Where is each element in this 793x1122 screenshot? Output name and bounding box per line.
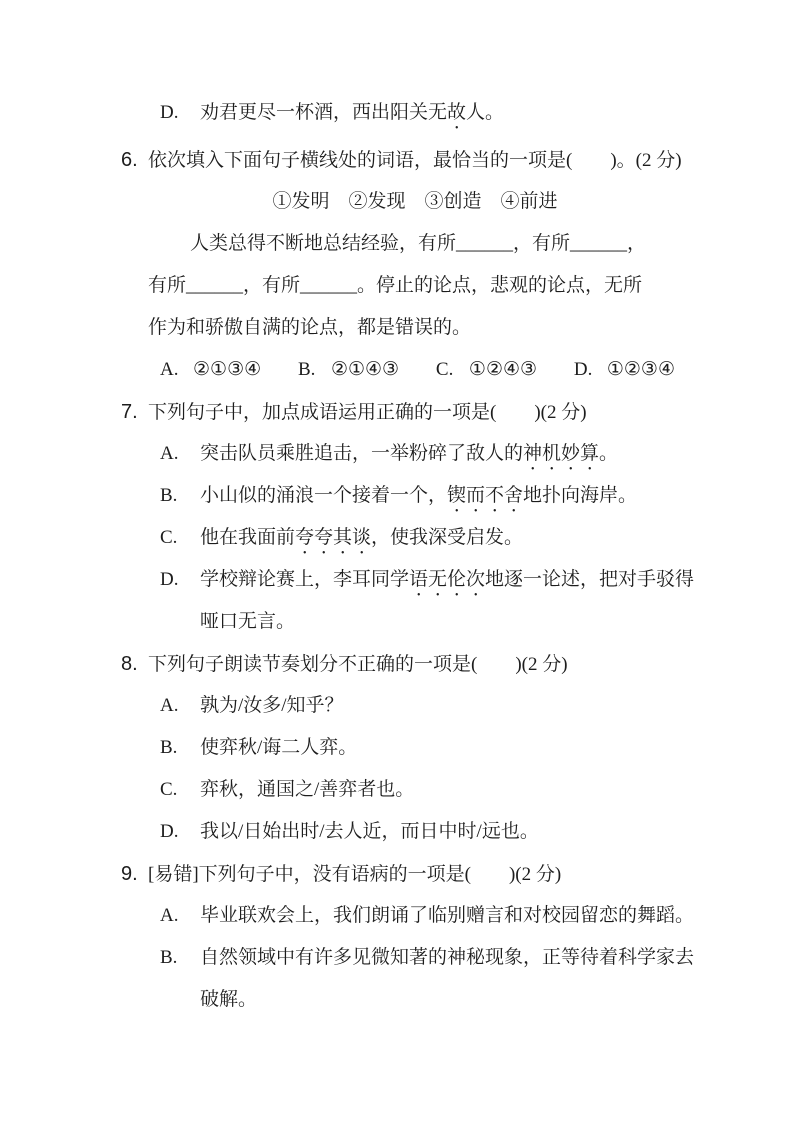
passage-text: 作为和骄傲自满的论点，都是错误的。: [148, 317, 471, 338]
choice-b: B.②①④③: [298, 349, 399, 391]
question-7-option-d: D.学校辩论赛上，李耳同学语无伦次地逐一论述，把对手驳得: [0, 559, 793, 601]
choice-c: C.①②④③: [436, 349, 537, 391]
option-marker: D.: [160, 92, 200, 134]
question-8-option-a: A.孰为/汝多/知乎？: [0, 685, 793, 727]
question-number: 8.: [121, 643, 148, 685]
question-6-word-bank: ①发明 ②发现 ③创造 ④前进: [148, 181, 682, 223]
option-text: 破解。: [200, 989, 257, 1010]
option-marker: A.: [160, 685, 200, 727]
choice-value: ②①③④: [193, 359, 261, 380]
option-text: 小山似的涌浪一个接着一个，: [200, 485, 447, 506]
question-9-option-a: A.毕业联欢会上，我们朗诵了临别赠言和对校园留恋的舞蹈。: [0, 895, 793, 937]
emphasized-text: 语无伦次: [409, 569, 485, 590]
option-marker: B.: [160, 475, 200, 517]
choice-value: ②①④③: [331, 359, 399, 380]
question-9-option-b-continuation: 破解。: [0, 979, 793, 1021]
question-8-option-d: D.我以/日始出时/去人近，而日中时/远也。: [0, 811, 793, 853]
option-text: 学校辩论赛上，李耳同学: [200, 569, 409, 590]
question-7-stem: 7.下列句子中，加点成语运用正确的一项是( )(2 分): [0, 391, 793, 433]
option-text: 我以/日始出时/去人近，而日中时/远也。: [200, 821, 539, 842]
question-8-option-b: B.使弈秋/诲二人弈。: [0, 727, 793, 769]
passage-text: 人类总得不断地总结经验，有所______，有所______，: [190, 233, 646, 254]
question-6-stem: 6.依次填入下面句子横线处的词语，最恰当的一项是( )。(2 分): [0, 139, 793, 181]
question-text: [易错]下列句子中，没有语病的一项是( )(2 分): [148, 864, 561, 885]
word-bank-text: ①发明 ②发现 ③创造 ④前进: [272, 191, 557, 212]
question-9-option-b: B.自然领域中有许多见微知著的神秘现象，正等待着科学家去: [0, 937, 793, 979]
option-marker: C.: [160, 517, 200, 559]
question-text: 依次填入下面句子横线处的词语，最恰当的一项是( )。(2 分): [148, 150, 682, 171]
option-text: 。: [599, 443, 618, 464]
option-text: 自然领域中有许多见微知著的神秘现象，正等待着科学家去: [200, 947, 694, 968]
option-text: 使弈秋/诲二人弈。: [200, 737, 357, 758]
exam-page: D.劝君更尽一杯酒，西出阳关无故人。 6.依次填入下面句子横线处的词语，最恰当的…: [0, 0, 793, 1021]
question-7-option-d-continuation: 哑口无言。: [0, 601, 793, 643]
option-text: 他在我面前: [200, 527, 295, 548]
option-marker: A.: [160, 349, 193, 391]
choice-value: ①②③④: [607, 359, 675, 380]
question-7-option-a: A.突击队员乘胜追击，一举粉碎了敌人的神机妙算。: [0, 433, 793, 475]
question-7-option-c: C.他在我面前夸夸其谈，使我深受启发。: [0, 517, 793, 559]
option-marker: D.: [160, 559, 200, 601]
question-text: 下列句子朗读节奏划分不正确的一项是( )(2 分): [148, 654, 568, 675]
option-text: 毕业联欢会上，我们朗诵了临别赠言和对校园留恋的舞蹈。: [200, 905, 694, 926]
option-text: 地扑向海岸。: [523, 485, 637, 506]
question-text: 下列句子中，加点成语运用正确的一项是( )(2 分): [148, 402, 587, 423]
emphasized-text: 锲而不舍: [447, 485, 523, 506]
option-text: ，使我深受启发。: [371, 527, 523, 548]
option-text: 孰为/汝多/知乎？: [200, 695, 344, 716]
option-marker: C.: [436, 349, 469, 391]
option-marker: C.: [160, 769, 200, 811]
option-text: 地逐一论述，把对手驳得: [485, 569, 694, 590]
option-text: 人。: [466, 102, 504, 123]
option-marker: A.: [160, 433, 200, 475]
question-8-option-c: C.弈秋，通国之/善弈者也。: [0, 769, 793, 811]
option-marker: D.: [574, 349, 607, 391]
question-number: 7.: [121, 391, 148, 433]
question-6-choices: A.②①③④ B.②①④③ C.①②④③ D.①②③④: [0, 349, 675, 391]
option-marker: B.: [160, 727, 200, 769]
emphasized-text: 神机妙算: [523, 443, 599, 464]
option-text: 突击队员乘胜追击，一举粉碎了敌人的: [200, 443, 523, 464]
choice-value: ①②④③: [469, 359, 537, 380]
question-6-passage-line-2: 有所______，有所______。停止的论点，悲观的论点，无所: [0, 265, 793, 307]
question-9-stem: 9.[易错]下列句子中，没有语病的一项是( )(2 分): [0, 853, 793, 895]
emphasized-text: 故: [447, 102, 466, 123]
choice-d: D.①②③④: [574, 349, 675, 391]
option-marker: A.: [160, 895, 200, 937]
question-8-stem: 8.下列句子朗读节奏划分不正确的一项是( )(2 分): [0, 643, 793, 685]
passage-text: 有所______，有所______。停止的论点，悲观的论点，无所: [148, 275, 642, 296]
option-text: 哑口无言。: [200, 611, 295, 632]
question-number: 9.: [121, 853, 148, 895]
question-6-passage-line-1: 人类总得不断地总结经验，有所______，有所______，: [0, 223, 793, 265]
emphasized-text: 夸夸其谈: [295, 527, 371, 548]
question-number: 6.: [121, 139, 148, 181]
option-marker: B.: [298, 349, 331, 391]
question-7-option-b: B.小山似的涌浪一个接着一个，锲而不舍地扑向海岸。: [0, 475, 793, 517]
choice-a: A.②①③④: [160, 349, 261, 391]
option-text: 劝君更尽一杯酒，西出阳关无: [200, 102, 447, 123]
question-5-option-d: D.劝君更尽一杯酒，西出阳关无故人。: [0, 92, 793, 134]
question-6-passage-line-3: 作为和骄傲自满的论点，都是错误的。: [0, 307, 793, 349]
option-text: 弈秋，通国之/善弈者也。: [200, 779, 414, 800]
option-marker: D.: [160, 811, 200, 853]
option-marker: B.: [160, 937, 200, 979]
